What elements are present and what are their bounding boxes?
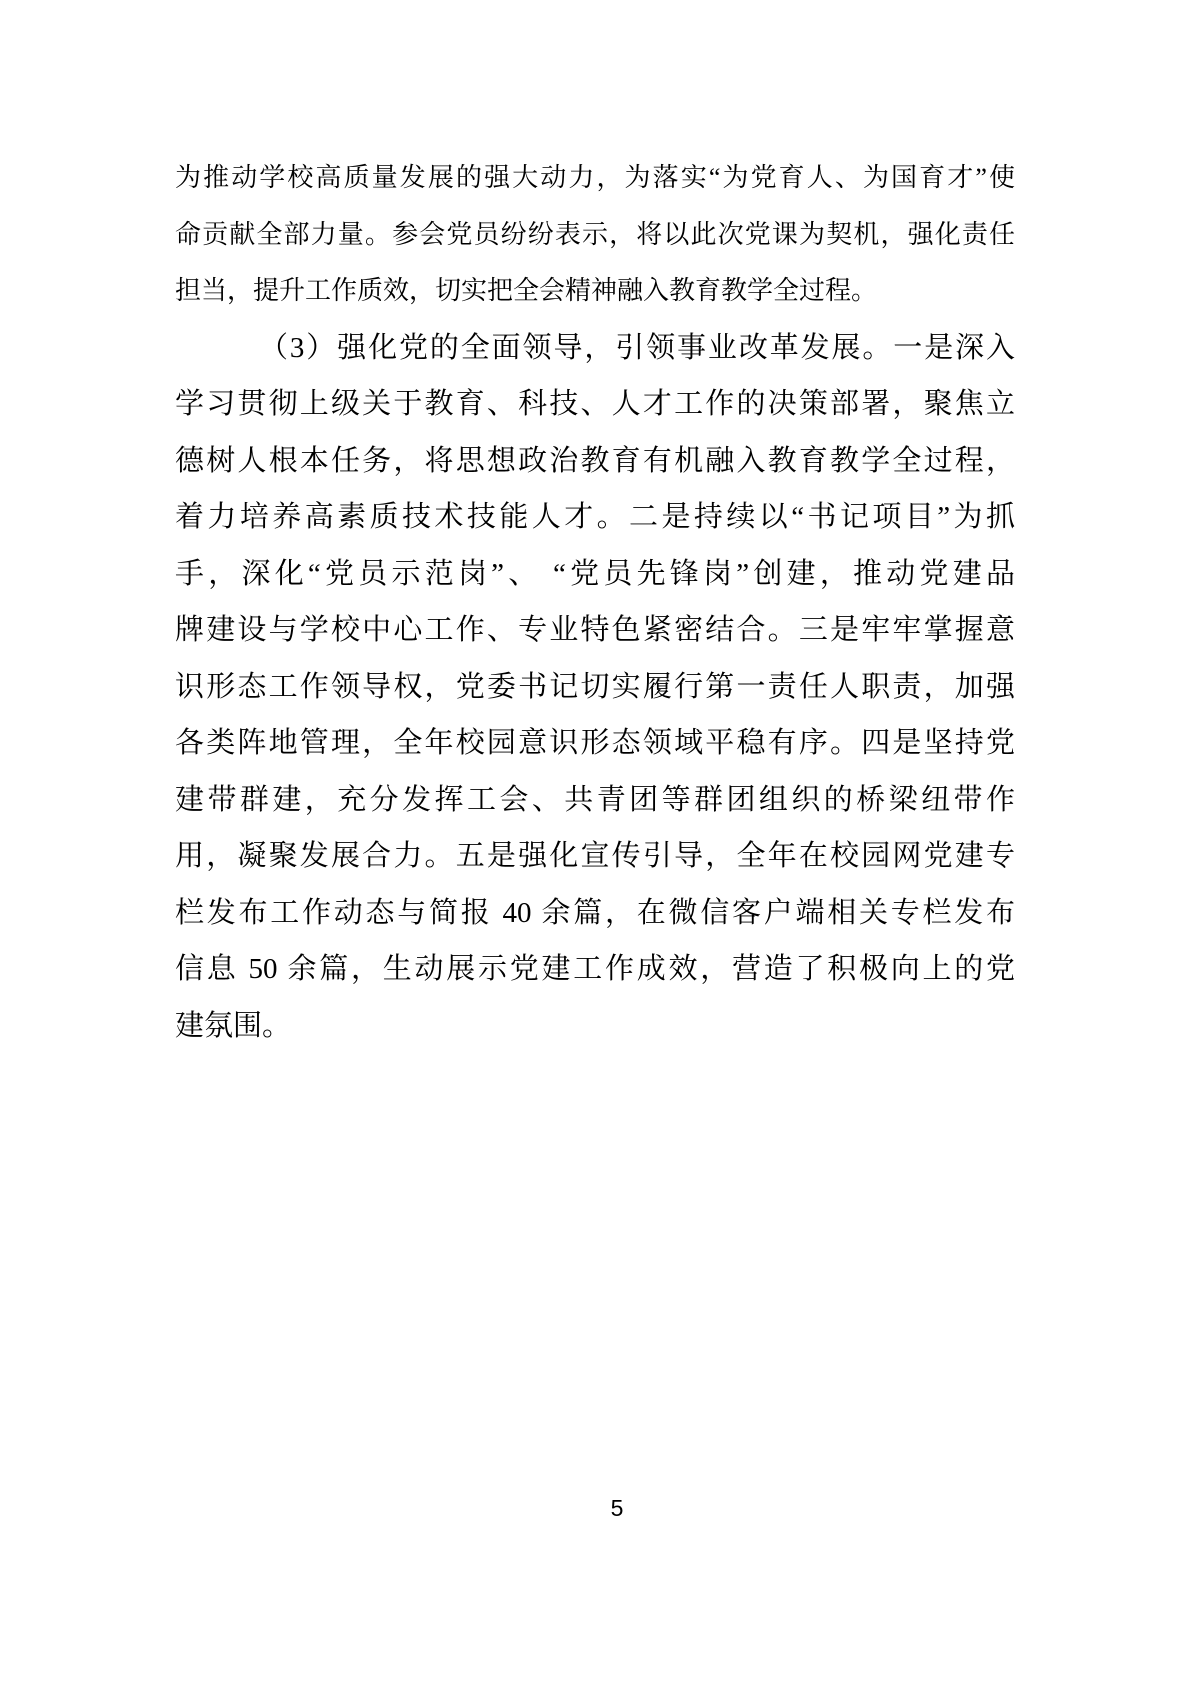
text-line: 建带群建，充分发挥工会、共青团等群团组织的桥梁纽带作 [175,772,1015,829]
text-line: （3）强化党的全面领导，引领事业改革发展。一是深入 [175,320,1015,377]
text-line: 建氛围。 [175,998,1015,1055]
text-line: 为推动学校高质量发展的强大动力，为落实“为党育人、为国育才”使 [175,150,1015,207]
text-body: 为推动学校高质量发展的强大动力，为落实“为党育人、为国育才”使 命贡献全部力量。… [175,150,1015,1054]
text-line: 牌建设与学校中心工作、专业特色紧密结合。三是牢牢掌握意 [175,602,1015,659]
text-line: 用，凝聚发展合力。五是强化宣传引导，全年在校园网党建专 [175,828,1015,885]
paragraph-continuation: 为推动学校高质量发展的强大动力，为落实“为党育人、为国育才”使 命贡献全部力量。… [175,150,1015,320]
text-line: 着力培养高素质技术技能人才。二是持续以“书记项目”为抓 [175,489,1015,546]
text-line: 各类阵地管理，全年校园意识形态领域平稳有序。四是坚持党 [175,715,1015,772]
text-line: 栏发布工作动态与简报 40 余篇，在微信客户端相关专栏发布 [175,885,1015,942]
paragraph-3: （3）强化党的全面领导，引领事业改革发展。一是深入 学习贯彻上级关于教育、科技、… [175,320,1015,1055]
text-line: 担当，提升工作质效，切实把全会精神融入教育教学全过程。 [175,263,1015,320]
text-line: 命贡献全部力量。参会党员纷纷表示，将以此次党课为契机，强化责任 [175,207,1015,264]
document-page: 为推动学校高质量发展的强大动力，为落实“为党育人、为国育才”使 命贡献全部力量。… [0,0,1191,1684]
text-line: 手，深化“党员示范岗”、 “党员先锋岗”创建，推动党建品 [175,546,1015,603]
text-line: 信息 50 余篇，生动展示党建工作成效，营造了积极向上的党 [175,941,1015,998]
text-line: 学习贯彻上级关于教育、科技、人才工作的决策部署，聚焦立 [175,376,1015,433]
text-line: 识形态工作领导权，党委书记切实履行第一责任人职责，加强 [175,659,1015,716]
page-number: 5 [611,1494,624,1522]
text-line: 德树人根本任务，将思想政治教育有机融入教育教学全过程， [175,433,1015,490]
